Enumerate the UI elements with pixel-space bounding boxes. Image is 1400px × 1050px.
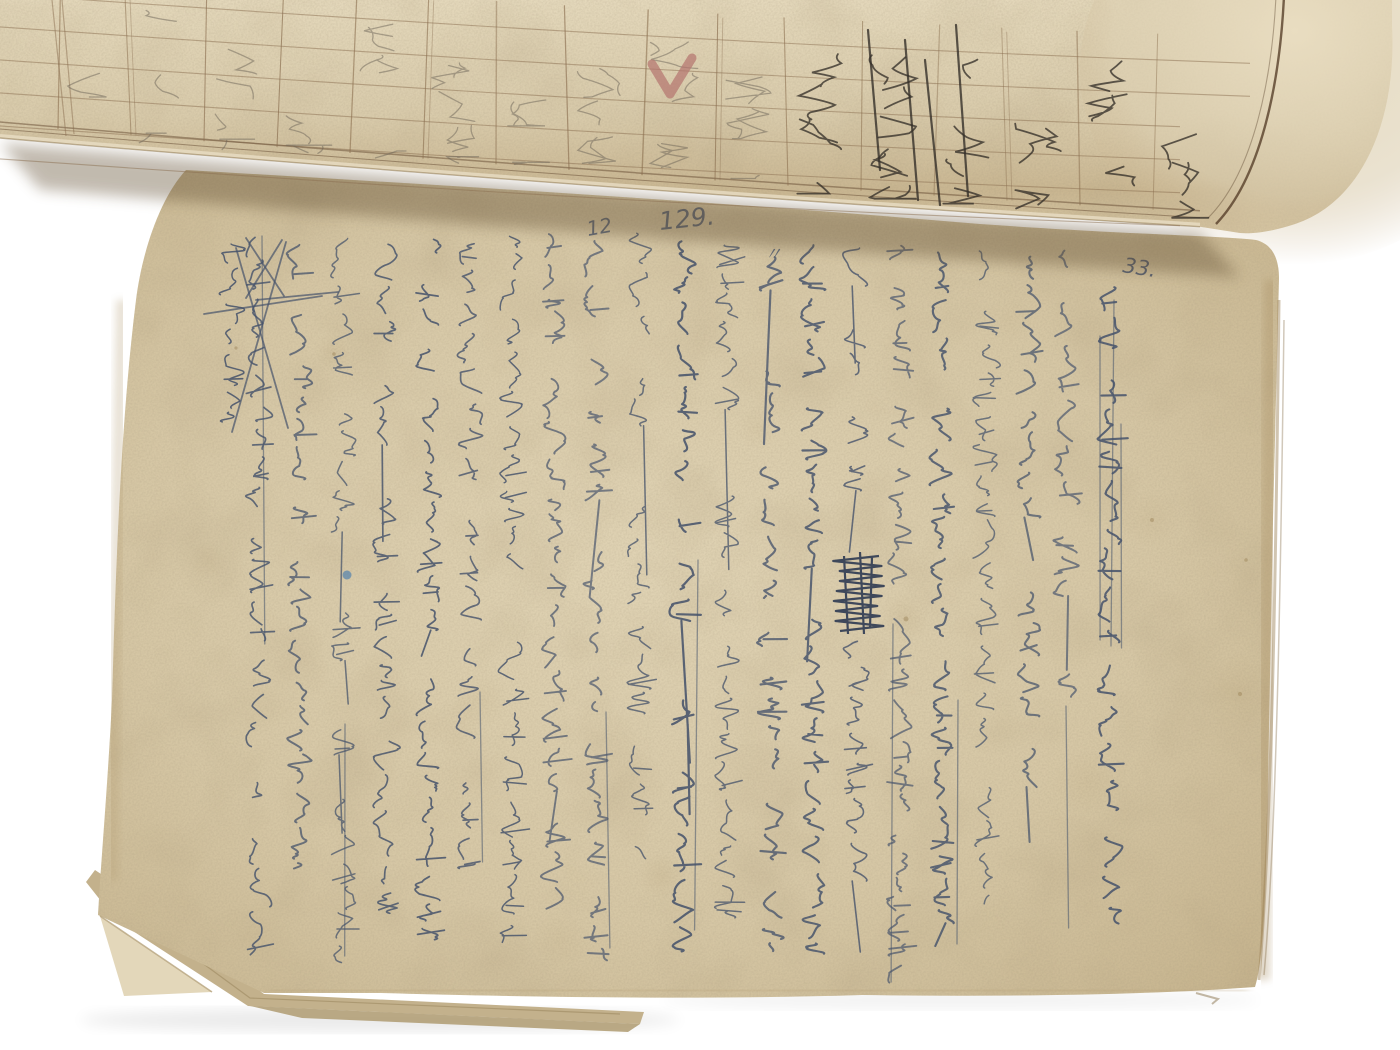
ink-blot [343, 571, 352, 580]
ditto-mark: 〃 [764, 244, 782, 265]
notebook-photo: 12 129. 33. 〃 [0, 0, 1400, 1050]
notebook-scene: 12 129. 33. 〃 [0, 0, 1400, 1050]
open-manuscript-page [98, 170, 1284, 1004]
